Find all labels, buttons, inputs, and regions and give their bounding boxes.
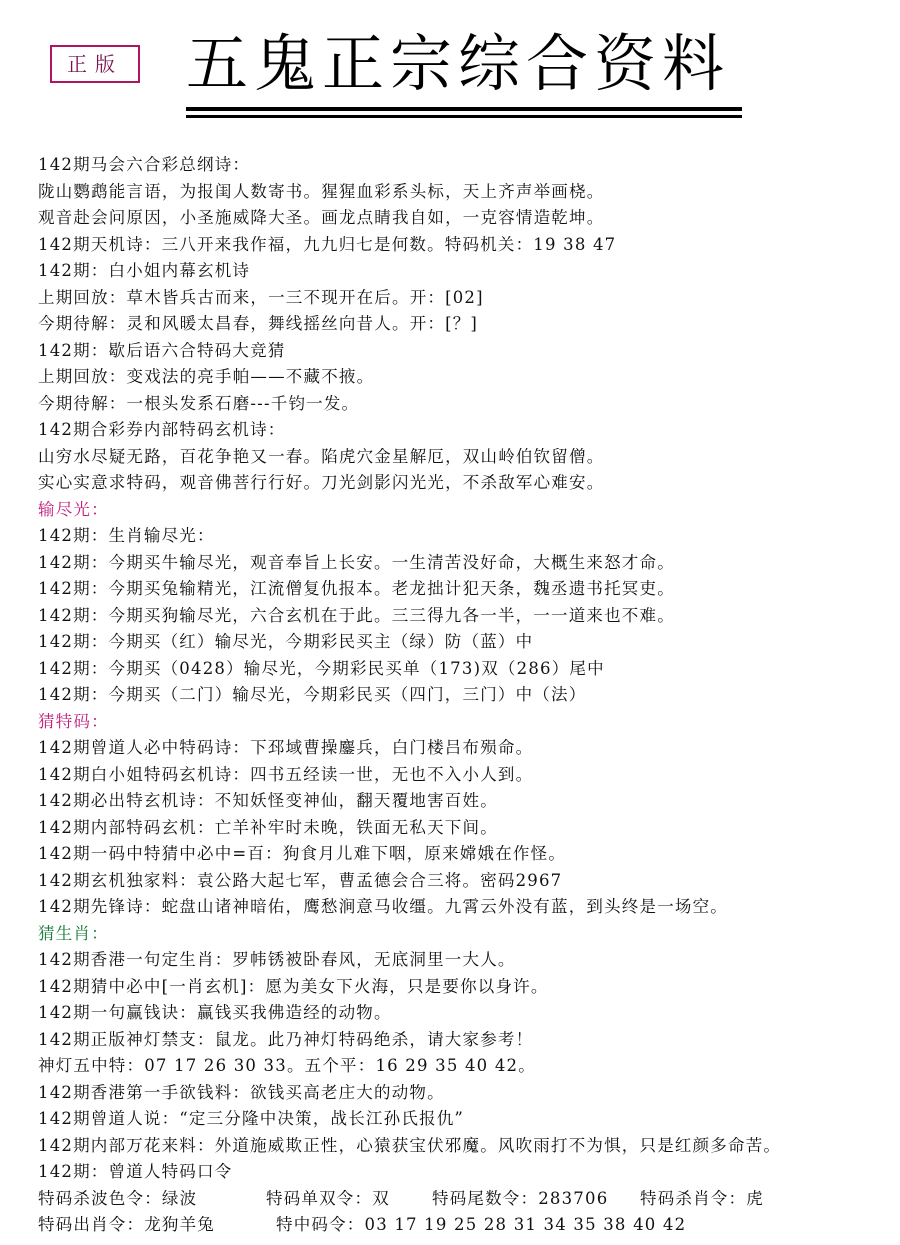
text-line: 142期：今期买牛输尽光，观音奉旨上长安。一生清苦没好命，大概生来怒才命。 — [38, 550, 888, 577]
text-line: 142期：今期买（红）输尽光，今期彩民买主（绿）防（蓝）中 — [38, 629, 888, 656]
command-row-1: 特码杀波色令：绿波 特码单双令：双 特码尾数令：283706 特码杀肖令：虎 — [38, 1186, 888, 1213]
command-odd-even: 特码单双令：双 — [266, 1186, 432, 1213]
text-line: 今期待解：一根头发系石磨---千钧一发。 — [38, 391, 888, 418]
text-line: 观音赴会问原因，小圣施威降大圣。画龙点睛我自如，一克容情造乾坤。 — [38, 205, 888, 232]
command-row-2: 特码出肖令：龙狗羊兔 特中码令：03 17 19 25 28 31 34 35 … — [38, 1212, 888, 1239]
text-line: 142期：曾道人特码口令 — [38, 1159, 888, 1186]
text-line: 142期合彩券内部特码玄机诗： — [38, 417, 888, 444]
title-underline-top — [186, 107, 742, 111]
section-shujinguang: 输尽光： 142期：生肖输尽光： 142期：今期买牛输尽光，观音奉旨上长安。一生… — [38, 497, 888, 709]
text-line: 142期：生肖输尽光： — [38, 523, 888, 550]
text-line: 142期：白小姐内幕玄机诗 — [38, 258, 888, 285]
text-line: 142期：今期买（0428）输尽光，今期彩民买单（173)双（286）尾中 — [38, 656, 888, 683]
text-line: 142期马会六合彩总纲诗： — [38, 152, 888, 179]
text-line: 142期香港第一手欲钱料：欲钱买高老庄大的动物。 — [38, 1080, 888, 1107]
text-line: 142期：歇后语六合特码大竞猜 — [38, 338, 888, 365]
intro-block: 142期马会六合彩总纲诗： 陇山鹦鹉能言语，为报闺人数寄书。猩猩血彩系头标，天上… — [38, 152, 888, 497]
command-zodiac-out: 特码出肖令：龙狗羊兔 — [38, 1212, 276, 1239]
text-line: 142期正版神灯禁支：鼠龙。此乃神灯特码绝杀，请大家参考！ — [38, 1027, 888, 1054]
text-line: 上期回放：变戏法的亮手帕——不藏不掖。 — [38, 364, 888, 391]
text-line: 142期玄机独家料：袁公路大起七军，曹孟德会合三将。密码2967 — [38, 868, 888, 895]
text-line: 142期白小姐特码玄机诗：四书五经读一世，无也不入小人到。 — [38, 762, 888, 789]
text-line: 陇山鹦鹉能言语，为报闺人数寄书。猩猩血彩系头标，天上齐声举画桡。 — [38, 179, 888, 206]
section-caitema: 猜特码： 142期曾道人必中特码诗：下邳域曹操鏖兵，白门楼吕布殒命。 142期白… — [38, 709, 888, 921]
section-heading: 输尽光： — [38, 497, 888, 524]
text-line: 神灯五中特：07 17 26 30 33。五个平：16 29 35 40 42。 — [38, 1053, 888, 1080]
document-body: 142期马会六合彩总纲诗： 陇山鹦鹉能言语，为报闺人数寄书。猩猩血彩系头标，天上… — [38, 152, 888, 1239]
command-hit-numbers: 特中码令：03 17 19 25 28 31 34 35 38 40 42 — [276, 1212, 686, 1239]
section-caishengxiao: 猜生肖： 142期香港一句定生肖：罗帏锈被卧春风，无底洞里一大人。 142期猜中… — [38, 921, 888, 1186]
text-line: 142期内部特码玄机：亡羊补牢时未晚，铁面无私天下间。 — [38, 815, 888, 842]
command-kill-zodiac: 特码杀肖令：虎 — [640, 1186, 764, 1213]
title-underline-bottom — [186, 115, 742, 118]
text-line: 142期一码中特猜中必中=百：狗食月儿难下咽，原来嫦娥在作怪。 — [38, 841, 888, 868]
command-kill-color: 特码杀波色令：绿波 — [38, 1186, 266, 1213]
text-line: 142期天机诗：三八开来我作福，九九归七是何数。特码机关：19 38 47 — [38, 232, 888, 259]
text-line: 142期：今期买兔输精光，江流僧复仇报本。老龙拙计犯天条，魏丞遗书托冥吏。 — [38, 576, 888, 603]
text-line: 实心实意求特码，观音佛菩行行好。刀光剑影闪光光，不杀敌军心难安。 — [38, 470, 888, 497]
text-line: 142期曾道人说：“定三分隆中决策，战长江孙氏报仇” — [38, 1106, 888, 1133]
text-line: 山穷水尽疑无路，百花争艳又一春。陷虎穴金星解厄，双山岭伯钦留僧。 — [38, 444, 888, 471]
section-heading: 猜特码： — [38, 709, 888, 736]
text-line: 142期猜中必中[一肖玄机]：愿为美女下火海，只是要你以身许。 — [38, 974, 888, 1001]
text-line: 142期先锋诗：蛇盘山诸神暗佑，鹰愁涧意马收缰。九霄云外没有蓝，到头终是一场空。 — [38, 894, 888, 921]
text-line: 142期内部万花来料：外道施威欺正性，心猿获宝伏邪魔。风吹雨打不为惧，只是红颜多… — [38, 1133, 888, 1160]
text-line: 142期曾道人必中特码诗：下邳域曹操鏖兵，白门楼吕布殒命。 — [38, 735, 888, 762]
text-line: 142期：今期买（二门）输尽光，今期彩民买（四门，三门）中（法） — [38, 682, 888, 709]
section-heading: 猜生肖： — [38, 921, 888, 948]
text-line: 142期：今期买狗输尽光，六合玄机在于此。三三得九各一半，一一道来也不难。 — [38, 603, 888, 630]
text-line: 142期香港一句定生肖：罗帏锈被卧春风，无底洞里一大人。 — [38, 947, 888, 974]
authentic-edition-badge: 正版 — [50, 45, 140, 83]
text-line: 142期一句赢钱诀：赢钱买我佛造经的动物。 — [38, 1000, 888, 1027]
page-title: 五鬼正宗综合资料 — [186, 28, 746, 100]
text-line: 今期待解：灵和风暖太昌春，舞线摇丝向昔人。开：[？] — [38, 311, 888, 338]
command-tail-digits: 特码尾数令：283706 — [432, 1186, 640, 1213]
text-line: 142期必出特玄机诗：不知妖怪变神仙，翻天覆地害百姓。 — [38, 788, 888, 815]
text-line: 上期回放：草木皆兵古而来，一三不现开在后。开：[02] — [38, 285, 888, 312]
